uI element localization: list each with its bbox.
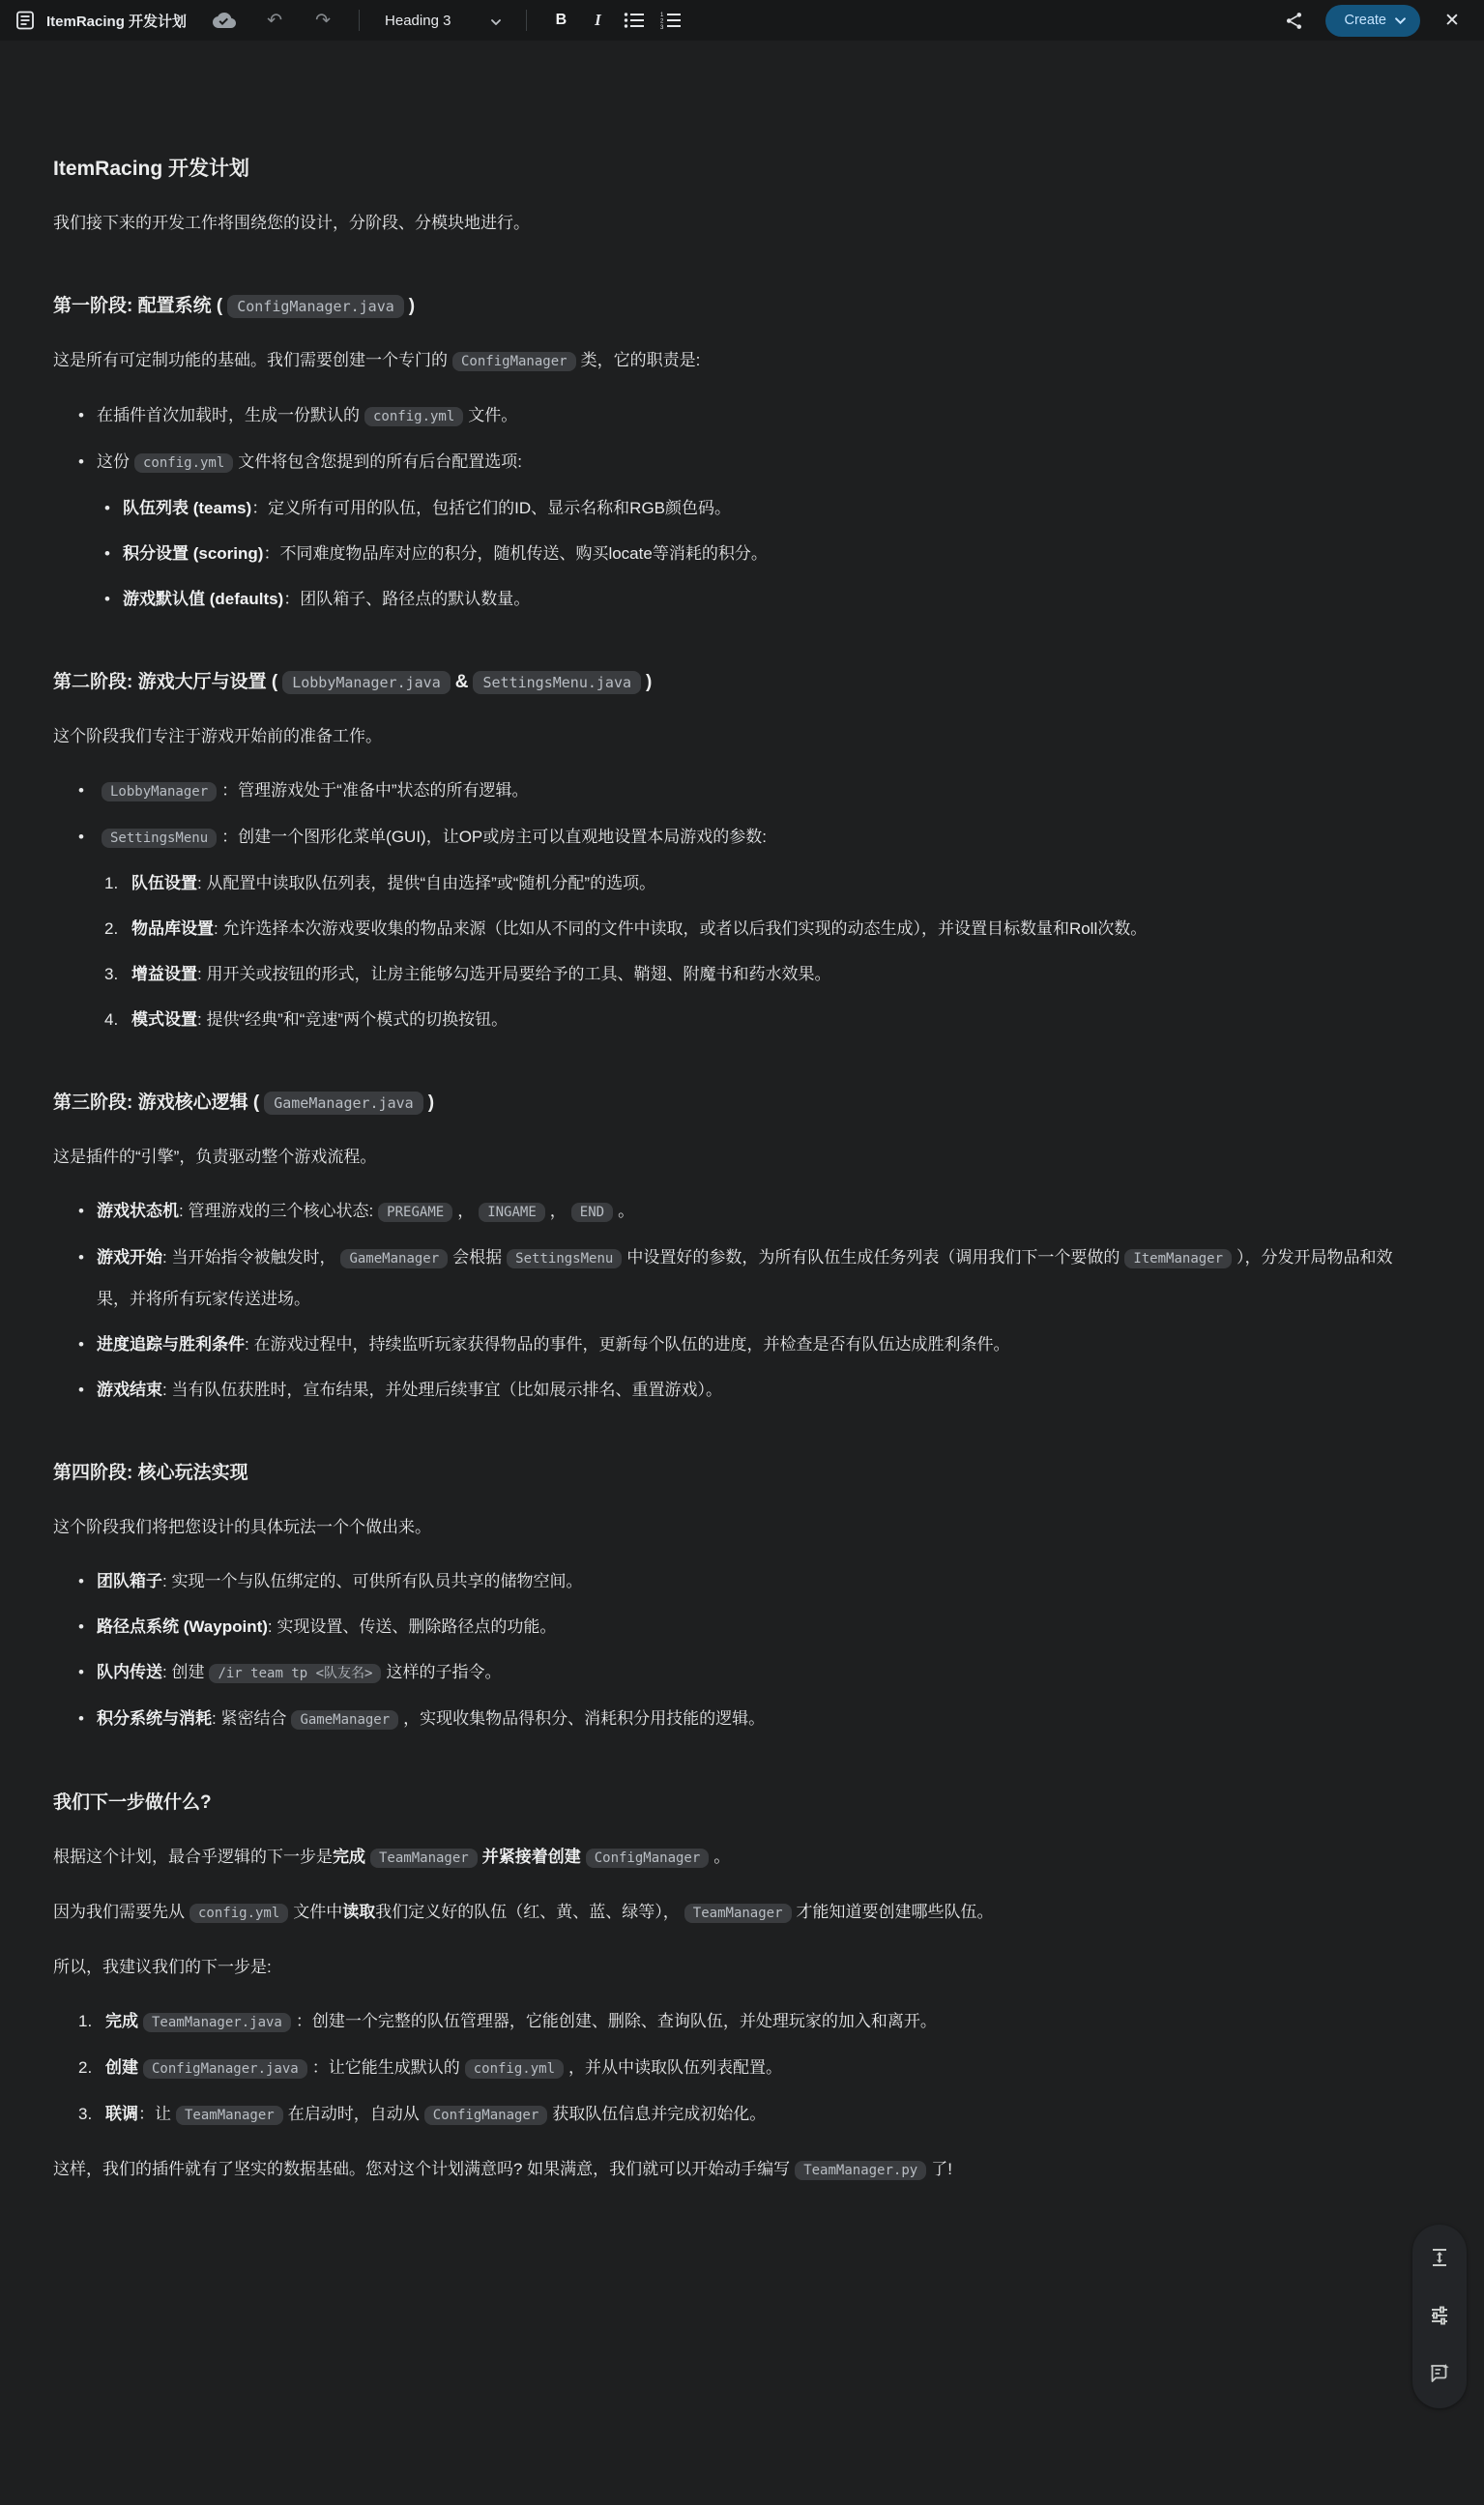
list-item-content: 积分系统与消耗: 紧密结合GameManager，实现收集物品得积分、消耗积分用…: [97, 1699, 1416, 1740]
number-marker: 2.: [78, 2048, 105, 2089]
doc-paragraph: 所以，我建议我们的下一步是:: [53, 1947, 1416, 1988]
text-run: 文件将包含您提到的所有后台配置选项:: [238, 452, 522, 471]
inline-code: ConfigManager: [424, 2106, 548, 2125]
doc-paragraph: 根据这个计划，最合乎逻辑的下一步是完成TeamManager并紧接着创建Conf…: [53, 1837, 1416, 1879]
floating-side-panel: [1412, 2225, 1467, 2408]
text-run: 这份: [97, 452, 130, 471]
doc-title-heading: ItemRacing 开发计划: [53, 149, 1416, 189]
list-item-content: 团队箱子: 实现一个与队伍绑定的、可供所有队员共享的储物空间。: [97, 1561, 1416, 1602]
doc-list-item: 2.物品库设置: 允许选择本次游戏要收集的物品来源（比如从不同的文件中读取，或者…: [53, 909, 1416, 949]
doc-section-heading: 我们下一步做什么?: [53, 1783, 1416, 1823]
list-item-content: 增益设置: 用开关或按钮的形式，让房主能够勾选开局要给予的工具、鞘翅、附魔书和药…: [131, 954, 1416, 995]
numbered-list-icon: 123: [660, 12, 682, 29]
inline-code: ConfigManager: [452, 352, 576, 371]
list-item-content: 进度追踪与胜利条件: 在游戏过程中，持续监听玩家获得物品的事件，更新每个队伍的进…: [97, 1325, 1416, 1365]
text-run: 这样，我们的插件就有了坚实的数据基础。您对这个计划满意吗? 如果满意，我们就可以…: [53, 2160, 790, 2178]
list-item-content: 游戏状态机: 管理游戏的三个核心状态:PREGAME，INGAME，END。: [97, 1191, 1416, 1233]
list-item-content: 模式设置: 提供“经典”和“竞速”两个模式的切换按钮。: [131, 1000, 1416, 1040]
doc-section-heading: 第二阶段: 游戏大厅与设置 (LobbyManager.java&Setting…: [53, 662, 1416, 703]
doc-paragraph: 这个阶段我们将把您设计的具体玩法一个个做出来。: [53, 1507, 1416, 1548]
bold-text: 游戏状态机: [97, 1202, 179, 1220]
text-run: 类，它的职责是:: [581, 351, 701, 369]
doc-list-item: 3.联调：让TeamManager在启动时，自动从ConfigManager获取…: [53, 2094, 1416, 2136]
doc-paragraph: 这是插件的“引擎”，负责驱动整个游戏流程。: [53, 1137, 1416, 1178]
bold-text: 队伍设置: [131, 874, 197, 892]
doc-list-item: •积分设置 (scoring)：不同难度物品库对应的积分，随机传送、购买loca…: [53, 534, 1416, 574]
text-run: ，实现收集物品得积分、消耗积分用技能的逻辑。: [403, 1709, 765, 1728]
text-run: : 从配置中读取队伍列表，提供“自由选择”或“随机分配”的选项。: [197, 874, 655, 892]
list-item-content: 联调：让TeamManager在启动时，自动从ConfigManager获取队伍…: [105, 2094, 1416, 2136]
toolbar-divider: [526, 10, 527, 31]
bullet-marker: •: [78, 817, 97, 859]
doc-section-heading: 第四阶段: 核心玩法实现: [53, 1453, 1416, 1494]
close-button[interactable]: ✕: [1436, 4, 1469, 37]
paragraph-style-value: Heading 3: [385, 13, 451, 29]
doc-list-item: •队伍列表 (teams)：定义所有可用的队伍，包括它们的ID、显示名称和RGB…: [53, 488, 1416, 529]
doc-list-item: •LobbyManager：管理游戏处于“准备中”状态的所有逻辑。: [53, 771, 1416, 812]
text-run: 所以，我建议我们的下一步是:: [53, 1958, 272, 1976]
text-run: 了!: [931, 2160, 952, 2178]
text-run: ): [428, 1092, 434, 1113]
svg-text:2: 2: [660, 19, 664, 25]
number-marker: 1.: [78, 2001, 105, 2043]
text-run: 这样的子指令。: [386, 1663, 501, 1681]
undo-icon: ↶: [267, 12, 282, 30]
list-item-content: 队伍设置: 从配置中读取队伍列表，提供“自由选择”或“随机分配”的选项。: [131, 863, 1416, 904]
doc-paragraph: 因为我们需要先从config.yml文件中读取我们定义好的队伍（红、黄、蓝、绿等…: [53, 1892, 1416, 1934]
text-run: : 实现设置、传送、删除路径点的功能。: [268, 1617, 556, 1636]
toolbar-divider: [359, 10, 360, 31]
text-run: 中设置好的参数，为所有队伍生成任务列表（调用我们下一个要做的: [626, 1248, 1120, 1267]
top-toolbar: ItemRacing 开发计划 ↶ ↷ Heading 3 B I: [0, 0, 1484, 41]
doc-list-item: •游戏默认值 (defaults)：团队箱子、路径点的默认数量。: [53, 579, 1416, 620]
text-run: ：创建一个图形化菜单(GUI)，让OP或房主可以直观地设置本局游戏的参数:: [221, 828, 767, 846]
editor-canvas[interactable]: ItemRacing 开发计划我们接下来的开发工作将围绕您的设计，分阶段、分模块…: [0, 41, 1484, 2505]
inline-code: TeamManager: [684, 1904, 792, 1923]
list-item-content: 游戏结束: 当有队伍获胜时，宣布结果，并处理后续事宜（比如展示排名、重置游戏）。: [97, 1370, 1416, 1411]
inline-code: PREGAME: [378, 1203, 452, 1222]
bold-text: 游戏默认值 (defaults): [123, 590, 283, 608]
doc-paragraph: 这样，我们的插件就有了坚实的数据基础。您对这个计划满意吗? 如果满意，我们就可以…: [53, 2149, 1416, 2191]
list-item-content: 创建ConfigManager.java：让它能生成默认的config.yml，…: [105, 2048, 1416, 2089]
close-icon: ✕: [1444, 12, 1460, 30]
redo-button[interactable]: ↷: [306, 4, 339, 37]
chevron-down-icon: [1395, 13, 1406, 28]
bullet-marker: •: [104, 488, 123, 529]
chevron-down-icon: [491, 13, 501, 29]
inline-code: SettingsMenu.java: [473, 671, 641, 694]
doc-list-item: •游戏状态机: 管理游戏的三个核心状态:PREGAME，INGAME，END。: [53, 1191, 1416, 1233]
text-run: ：不同难度物品库对应的积分，随机传送、购买locate等消耗的积分。: [263, 544, 767, 563]
inline-code: INGAME: [479, 1203, 545, 1222]
document-title-group: ItemRacing 开发计划: [15, 11, 187, 31]
bold-text: 积分系统与消耗: [97, 1709, 212, 1728]
tune-icon: [1428, 2304, 1451, 2330]
text-run: 文件。: [468, 406, 517, 424]
doc-paragraph: 我们接下来的开发工作将围绕您的设计，分阶段、分模块地进行。: [53, 203, 1416, 244]
inline-code: config.yml: [189, 1904, 288, 1923]
number-marker: 1.: [104, 863, 131, 904]
inline-code: END: [571, 1203, 613, 1222]
bulleted-list-icon: [624, 12, 645, 29]
inline-code: TeamManager: [176, 2106, 283, 2125]
bold-text: 进度追踪与胜利条件: [97, 1335, 245, 1354]
doc-paragraph: 这是所有可定制功能的基础。我们需要创建一个专门的ConfigManager类，它…: [53, 340, 1416, 382]
inline-code: GameManager: [291, 1710, 398, 1730]
number-marker: 3.: [78, 2094, 105, 2136]
svg-text:1: 1: [660, 13, 664, 18]
text-run: : 允许选择本次游戏要收集的物品来源（比如从不同的文件中读取，或者以后我们实现的…: [214, 919, 1147, 938]
expand-vertical-icon: [1428, 2246, 1451, 2272]
bold-text: 读取: [342, 1903, 375, 1921]
text-run: 在启动时，自动从: [288, 2105, 420, 2123]
text-run: : 管理游戏的三个核心状态:: [179, 1202, 373, 1220]
text-run: ：定义所有可用的队伍，包括它们的ID、显示名称和RGB颜色码。: [251, 499, 731, 517]
doc-section-heading: 第三阶段: 游戏核心逻辑 (GameManager.java): [53, 1083, 1416, 1123]
text-run: 第四阶段: 核心玩法实现: [53, 1463, 248, 1483]
italic-icon: I: [595, 11, 601, 30]
text-run: 文件中: [293, 1903, 342, 1921]
bold-text: 完成: [105, 2012, 138, 2030]
doc-paragraph: 这个阶段我们专注于游戏开始前的准备工作。: [53, 716, 1416, 757]
inline-code: TeamManager: [370, 1849, 478, 1868]
svg-text:3: 3: [660, 25, 664, 29]
text-run: 这是插件的“引擎”，负责驱动整个游戏流程。: [53, 1148, 376, 1166]
doc-list-item: 1.完成TeamManager.java：创建一个完整的队伍管理器，它能创建、删…: [53, 2001, 1416, 2043]
text-run: : 用开关或按钮的形式，让房主能够勾选开局要给予的工具、鞘翅、附魔书和药水效果。: [197, 965, 830, 983]
share-button[interactable]: [1277, 4, 1310, 37]
bold-text: 模式设置: [131, 1010, 197, 1029]
inline-code: ItemManager: [1124, 1249, 1232, 1268]
text-run: 根据这个计划，最合乎逻辑的下一步是: [53, 1848, 333, 1866]
doc-list-item: •游戏结束: 当有队伍获胜时，宣布结果，并处理后续事宜（比如展示排名、重置游戏）…: [53, 1370, 1416, 1411]
expand-vertical-button[interactable]: [1425, 2244, 1454, 2273]
list-item-content: 积分设置 (scoring)：不同难度物品库对应的积分，随机传送、购买locat…: [123, 534, 1416, 574]
text-run: ItemRacing 开发计划: [53, 158, 249, 180]
doc-list-item: •SettingsMenu：创建一个图形化菜单(GUI)，让OP或房主可以直观地…: [53, 817, 1416, 859]
text-run: 因为我们需要先从: [53, 1903, 185, 1921]
list-item-content: 完成TeamManager.java：创建一个完整的队伍管理器，它能创建、删除、…: [105, 2001, 1416, 2043]
format-options-button[interactable]: [1425, 2302, 1454, 2331]
text-run: ，: [457, 1202, 474, 1220]
inline-code: config.yml: [364, 407, 463, 426]
bullet-marker: •: [78, 1607, 97, 1647]
text-run: ，并从中读取队伍列表配置。: [568, 2058, 782, 2077]
bullet-marker: •: [78, 1561, 97, 1602]
bullet-marker: •: [78, 395, 97, 437]
bold-text: 团队箱子: [97, 1572, 162, 1590]
list-item-content: 物品库设置: 允许选择本次游戏要收集的物品来源（比如从不同的文件中读取，或者以后…: [131, 909, 1416, 949]
inline-code: config.yml: [134, 453, 233, 473]
list-item-content: 游戏开始: 当开始指令被触发时，GameManager会根据SettingsMe…: [97, 1238, 1416, 1320]
list-item-content: 游戏默认值 (defaults)：团队箱子、路径点的默认数量。: [123, 579, 1416, 620]
list-item-content: 队伍列表 (teams)：定义所有可用的队伍，包括它们的ID、显示名称和RGB颜…: [123, 488, 1416, 529]
inline-code: TeamManager.java: [143, 2013, 291, 2032]
document-title: ItemRacing 开发计划: [46, 11, 187, 31]
list-item-content: 在插件首次加载时，生成一份默认的config.yml文件。: [97, 395, 1416, 437]
doc-list-item: •这份config.yml文件将包含您提到的所有后台配置选项:: [53, 442, 1416, 483]
doc-list-item: •积分系统与消耗: 紧密结合GameManager，实现收集物品得积分、消耗积分…: [53, 1699, 1416, 1740]
text-run: ：团队箱子、路径点的默认数量。: [283, 590, 530, 608]
bold-text: 路径点系统 (Waypoint): [97, 1617, 268, 1636]
bold-text: 增益设置: [131, 965, 197, 983]
doc-list-item: 4.模式设置: 提供“经典”和“竞速”两个模式的切换按钮。: [53, 1000, 1416, 1040]
text-run: : 当有队伍获胜时，宣布结果，并处理后续事宜（比如展示排名、重置游戏）。: [162, 1381, 722, 1399]
bullet-marker: •: [78, 1370, 97, 1411]
text-run: 我们下一步做什么?: [53, 1792, 212, 1813]
bold-text: 游戏开始: [97, 1248, 162, 1267]
inline-code: SettingsMenu: [507, 1249, 622, 1268]
text-run: ): [646, 672, 652, 692]
text-run: 这是所有可定制功能的基础。我们需要创建一个专门的: [53, 351, 448, 369]
inline-code: config.yml: [465, 2059, 564, 2079]
list-item-content: SettingsMenu：创建一个图形化菜单(GUI)，让OP或房主可以直观地设…: [97, 817, 1416, 859]
text-run: 这个阶段我们专注于游戏开始前的准备工作。: [53, 727, 382, 745]
text-run: : 当开始指令被触发时，: [162, 1248, 335, 1267]
text-run: ，: [550, 1202, 567, 1220]
text-run: : 创建: [162, 1663, 204, 1681]
text-run: 。: [713, 1848, 730, 1866]
create-button[interactable]: Create: [1325, 5, 1420, 37]
doc-list-item: •进度追踪与胜利条件: 在游戏过程中，持续监听玩家获得物品的事件，更新每个队伍的…: [53, 1325, 1416, 1365]
bullet-marker: •: [78, 771, 97, 812]
inline-code: LobbyManager: [102, 782, 217, 801]
bold-text: 游戏结束: [97, 1381, 162, 1399]
bullet-marker: •: [78, 1652, 97, 1694]
text-run: 我们接下来的开发工作将围绕您的设计，分阶段、分模块地进行。: [53, 214, 530, 232]
bullet-marker: •: [104, 534, 123, 574]
format-buttons-group: B I 123: [546, 6, 685, 35]
text-run: 。: [618, 1202, 634, 1220]
text-run: 获取队伍信息并完成初始化。: [552, 2105, 766, 2123]
inline-code: /ir team tp <队友名>: [209, 1664, 381, 1683]
bullet-marker: •: [104, 579, 123, 620]
toolbar-right-group: Create ✕: [1277, 4, 1469, 37]
bullet-marker: •: [78, 1699, 97, 1740]
doc-list-item: •队内传送: 创建/ir team tp <队友名>这样的子指令。: [53, 1652, 1416, 1694]
bulleted-list-button[interactable]: [620, 6, 649, 35]
bold-text: 并紧接着创建: [482, 1848, 581, 1866]
bold-text: 积分设置 (scoring): [123, 544, 263, 563]
document-icon: [15, 11, 35, 30]
list-item-content: 这份config.yml文件将包含您提到的所有后台配置选项:: [97, 442, 1416, 483]
bold-text: 队内传送: [97, 1663, 162, 1681]
text-run: ：让它能生成默认的: [312, 2058, 460, 2077]
inline-code: GameManager.java: [264, 1092, 423, 1115]
number-marker: 2.: [104, 909, 131, 949]
doc-section-heading: 第一阶段: 配置系统 (ConfigManager.java): [53, 286, 1416, 327]
number-marker: 3.: [104, 954, 131, 995]
text-run: 我们定义好的队伍（红、黄、蓝、绿等），: [375, 1903, 680, 1921]
paragraph-style-dropdown[interactable]: Heading 3: [379, 9, 507, 33]
bold-icon: B: [556, 12, 567, 29]
undo-button[interactable]: ↶: [258, 4, 291, 37]
share-icon: [1284, 11, 1304, 31]
bold-text: 创建: [105, 2058, 138, 2077]
text-run: 会根据: [452, 1248, 502, 1267]
redo-icon: ↷: [315, 12, 331, 30]
bold-text: 物品库设置: [131, 919, 214, 938]
text-run: 第一阶段: 配置系统 (: [53, 296, 222, 316]
bullet-marker: •: [78, 442, 97, 483]
text-run: 第二阶段: 游戏大厅与设置 (: [53, 672, 277, 692]
doc-list-item: •在插件首次加载时，生成一份默认的config.yml文件。: [53, 395, 1416, 437]
text-run: ：管理游戏处于“准备中”状态的所有逻辑。: [221, 781, 528, 800]
inline-code: ConfigManager.java: [143, 2059, 307, 2079]
text-run: ：让: [138, 2105, 171, 2123]
bullet-marker: •: [78, 1238, 97, 1320]
italic-button[interactable]: I: [583, 6, 612, 35]
text-run: : 在游戏过程中，持续监听玩家获得物品的事件，更新每个队伍的进度，并检查是否有队…: [245, 1335, 1009, 1354]
list-item-content: 路径点系统 (Waypoint): 实现设置、传送、删除路径点的功能。: [97, 1607, 1416, 1647]
doc-list-item: •路径点系统 (Waypoint): 实现设置、传送、删除路径点的功能。: [53, 1607, 1416, 1647]
inline-code: TeamManager.py: [795, 2161, 926, 2180]
ai-comment-button[interactable]: [1425, 2360, 1454, 2389]
text-run: ): [409, 296, 415, 316]
bold-text: 联调: [105, 2105, 138, 2123]
text-run: : 实现一个与队伍绑定的、可供所有队员共享的储物空间。: [162, 1572, 582, 1590]
inline-code: ConfigManager.java: [227, 295, 404, 318]
doc-list-item: 2.创建ConfigManager.java：让它能生成默认的config.ym…: [53, 2048, 1416, 2089]
bullet-marker: •: [78, 1191, 97, 1233]
text-run: ：创建一个完整的队伍管理器，它能创建、删除、查询队伍，并处理玩家的加入和离开。: [296, 2012, 937, 2030]
text-run: 才能知道要创建哪些队伍。: [797, 1903, 994, 1921]
text-run: 第三阶段: 游戏核心逻辑 (: [53, 1092, 259, 1113]
list-item-content: 队内传送: 创建/ir team tp <队友名>这样的子指令。: [97, 1652, 1416, 1694]
bold-button[interactable]: B: [546, 6, 575, 35]
inline-code: GameManager: [340, 1249, 448, 1268]
cloud-done-icon: [213, 9, 236, 32]
text-run: 这个阶段我们将把您设计的具体玩法一个个做出来。: [53, 1518, 431, 1536]
bold-text: 完成: [333, 1848, 365, 1866]
text-run: : 紧密结合: [212, 1709, 286, 1728]
inline-code: SettingsMenu: [102, 829, 217, 848]
bullet-marker: •: [78, 1325, 97, 1365]
list-item-content: LobbyManager：管理游戏处于“准备中”状态的所有逻辑。: [97, 771, 1416, 812]
inline-code: ConfigManager: [586, 1849, 710, 1868]
bold-text: 队伍列表 (teams): [123, 499, 251, 517]
ai-comment-icon: [1428, 2362, 1451, 2388]
inline-code: LobbyManager.java: [282, 671, 451, 694]
cloud-saved-button[interactable]: [208, 4, 241, 37]
doc-list-item: 3.增益设置: 用开关或按钮的形式，让房主能够勾选开局要给予的工具、鞘翅、附魔书…: [53, 954, 1416, 995]
doc-list-item: •团队箱子: 实现一个与队伍绑定的、可供所有队员共享的储物空间。: [53, 1561, 1416, 1602]
doc-list-item: 1.队伍设置: 从配置中读取队伍列表，提供“自由选择”或“随机分配”的选项。: [53, 863, 1416, 904]
number-marker: 4.: [104, 1000, 131, 1040]
create-button-label: Create: [1344, 13, 1386, 28]
numbered-list-button[interactable]: 123: [656, 6, 685, 35]
text-run: : 提供“经典”和“竞速”两个模式的切换按钮。: [197, 1010, 508, 1029]
text-run: &: [455, 672, 469, 692]
text-run: 在插件首次加载时，生成一份默认的: [97, 406, 360, 424]
doc-list-item: •游戏开始: 当开始指令被触发时，GameManager会根据SettingsM…: [53, 1238, 1416, 1320]
